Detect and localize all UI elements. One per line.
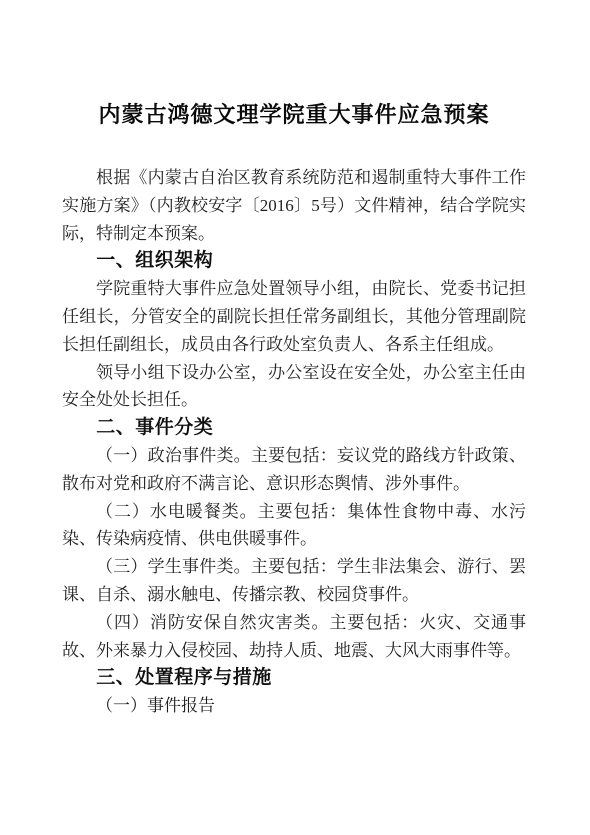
paragraph-office: 领导小组下设办公室，办公室设在安全处，办公室主任由安全处处长担任。 (62, 359, 526, 415)
paragraph-category-utilities: （二）水电暖餐类。主要包括：集体性食物中毒、水污染、传染病疫情、供电供暖事件。 (62, 498, 526, 554)
paragraph-category-political: （一）政治事件类。主要包括：妄议党的路线方针政策、散布对党和政府不满言论、意识形… (62, 442, 526, 498)
paragraph-category-safety: （四）消防安保自然灾害类。主要包括：火灾、交通事故、外来暴力入侵校园、劫持人质、… (62, 609, 526, 665)
document-page: 内蒙古鸿德文理学院重大事件应急预案 根据《内蒙古自治区教育系统防范和遏制重特大事… (0, 0, 590, 835)
section-heading-procedures: 三、处置程序与措施 (62, 664, 526, 692)
section-heading-classification: 二、事件分类 (62, 414, 526, 442)
intro-paragraph: 根据《内蒙古自治区教育系统防范和遏制重特大事件工作实施方案》（内教校安字〔201… (62, 164, 526, 247)
paragraph-category-students: （三）学生事件类。主要包括：学生非法集会、游行、罢课、自杀、溺水触电、传播宗教、… (62, 553, 526, 609)
section-heading-organization: 一、组织架构 (62, 247, 526, 275)
subheading-incident-report: （一）事件报告 (62, 692, 526, 720)
document-title: 内蒙古鸿德文理学院重大事件应急预案 (62, 99, 526, 131)
paragraph-leading-group: 学院重特大事件应急处置领导小组，由院长、党委书记担任组长，分管安全的副院长担任常… (62, 275, 526, 358)
